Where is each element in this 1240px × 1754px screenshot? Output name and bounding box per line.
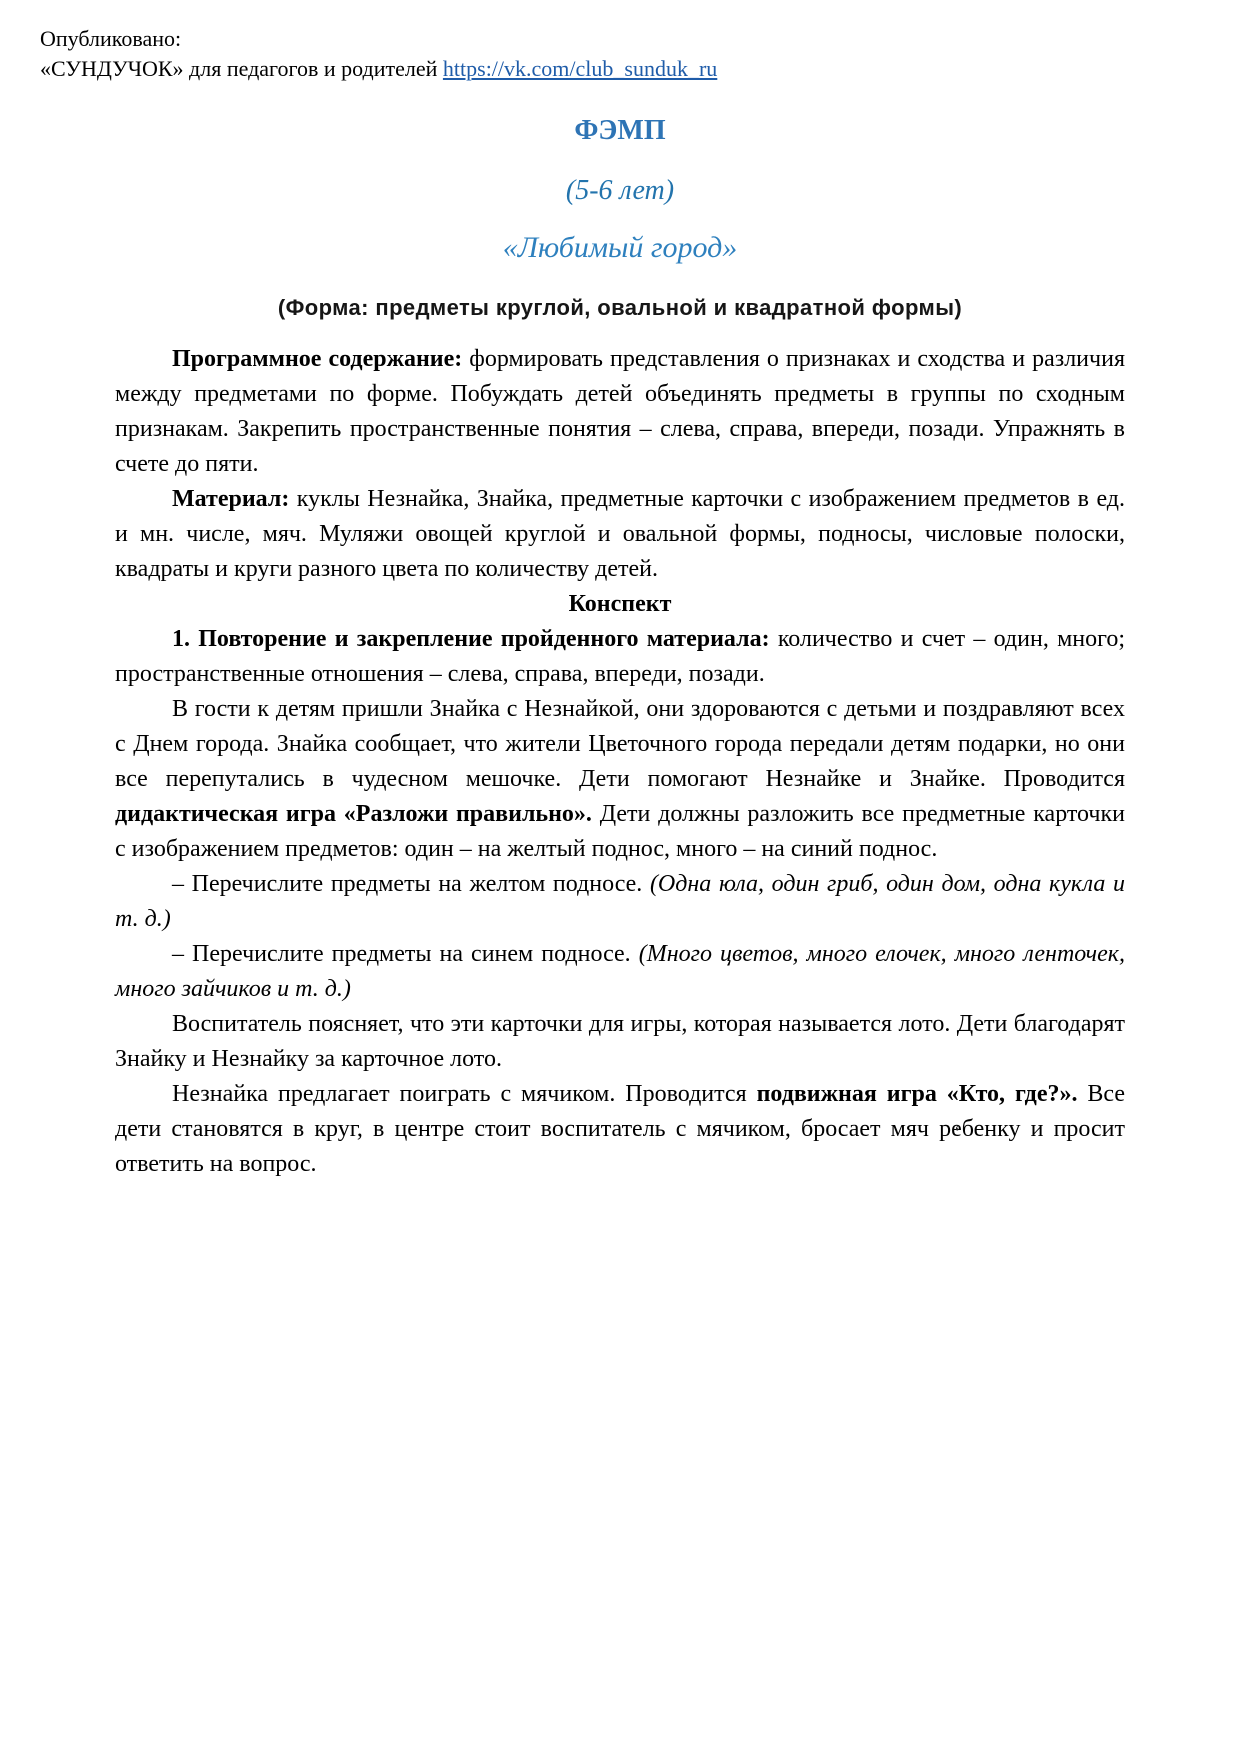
- topic-subtitle: (Форма: предметы круглой, овальной и ква…: [40, 294, 1200, 322]
- text-run: В гости к детям пришли Знайка с Незнайко…: [115, 696, 1125, 792]
- source-line: «СУНДУЧОК» для педагогов и родителей htt…: [40, 54, 1200, 84]
- heading-konspekt: Конспект: [115, 587, 1125, 622]
- titles-section: ФЭМП (5-6 лет) «Любимый город» (Форма: п…: [40, 114, 1200, 322]
- lesson-title: «Любимый город»: [40, 230, 1200, 266]
- paragraph-repetition: 1. Повторение и закрепление пройденного …: [115, 622, 1125, 692]
- document-header: Опубликовано: «СУНДУЧОК» для педагогов и…: [40, 24, 1200, 84]
- stray-mark: ‘: [954, 1122, 961, 1145]
- text-run: – Перечислите предметы на желтом подносе…: [172, 871, 650, 897]
- published-label: Опубликовано:: [40, 24, 1200, 54]
- document-page: Опубликовано: «СУНДУЧОК» для педагогов и…: [0, 0, 1240, 1754]
- text-run: 1. Повторение и закрепление пройденного …: [172, 626, 778, 652]
- paragraph-guests: В гости к детям пришли Знайка с Незнайко…: [115, 692, 1125, 867]
- paragraph-material: Материал: куклы Незнайка, Знайка, предме…: [115, 482, 1125, 587]
- age-subtitle: (5-6 лет): [40, 174, 1200, 208]
- text-run: Воспитатель поясняет, что эти карточки д…: [115, 1011, 1125, 1072]
- source-link[interactable]: https://vk.com/club_sunduk_ru: [443, 56, 717, 81]
- text-run: Конспект: [569, 591, 672, 617]
- paragraph-yellow-tray: – Перечислите предметы на желтом подносе…: [115, 867, 1125, 937]
- text-run: Незнайка предлагает поиграть с мячиком. …: [172, 1081, 757, 1107]
- text-run: – Перечислите предметы на синем подносе.: [172, 941, 639, 967]
- paragraph-lotto: Воспитатель поясняет, что эти карточки д…: [115, 1007, 1125, 1077]
- paragraph-blue-tray: – Перечислите предметы на синем подносе.…: [115, 937, 1125, 1007]
- text-run: подвижная игра «Кто, где?».: [757, 1081, 1078, 1107]
- text-run: дидактическая игра «Разложи правильно».: [115, 801, 592, 827]
- page-title: ФЭМП: [40, 114, 1200, 148]
- paragraph-program: Программное содержание: формировать пред…: [115, 342, 1125, 482]
- text-run: Материал:: [172, 486, 297, 512]
- text-run: Программное содержание:: [172, 346, 469, 372]
- document-blocks: Программное содержание: формировать пред…: [115, 342, 1125, 1182]
- paragraph-ball-game: Незнайка предлагает поиграть с мячиком. …: [115, 1077, 1125, 1182]
- source-prefix: «СУНДУЧОК» для педагогов и родителей: [40, 56, 443, 81]
